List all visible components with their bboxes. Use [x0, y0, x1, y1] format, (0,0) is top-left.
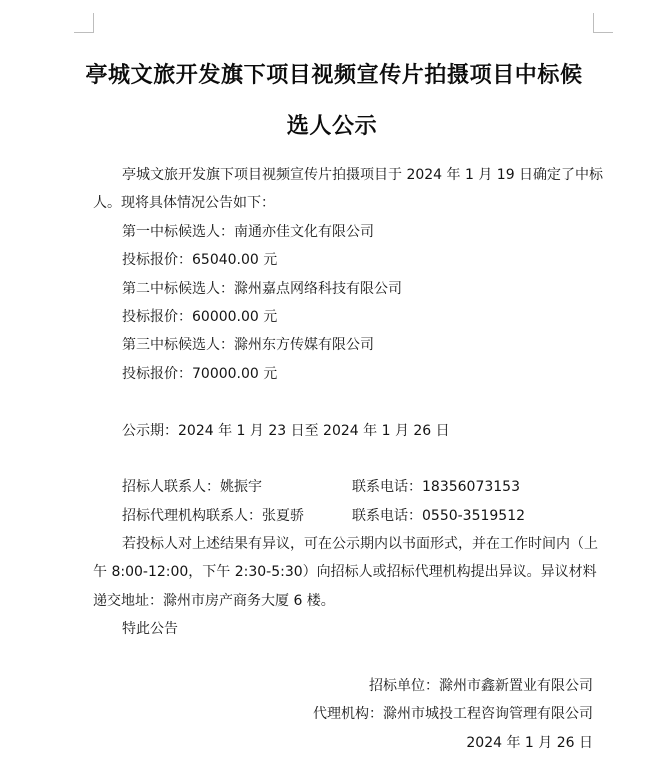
document-title-line-2: 选人公示	[0, 111, 664, 141]
candidate-1-name: 第一中标候选人：南通亦佳文化有限公司	[93, 218, 593, 246]
spacer	[93, 445, 593, 473]
document-title-line-1: 亭城文旅开发旗下项目视频宣传片拍摄项目中标候	[2, 60, 664, 90]
closing-statement: 特此公告	[93, 615, 593, 643]
objection-paragraph-line-3: 递交地址：滁州市房产商务大厦 6 楼。	[93, 587, 593, 615]
tenderer-contact-phone: 联系电话：18356073153	[352, 473, 520, 501]
candidate-2-price: 投标报价：60000.00 元	[93, 303, 593, 331]
spacer	[93, 644, 593, 672]
tenderer-contact-row: 招标人联系人：姚振宇 联系电话：18356073153	[93, 473, 593, 501]
spacer	[93, 388, 593, 416]
agency-contact-row: 招标代理机构联系人：张夏骄 联系电话：0550-3519512	[93, 502, 593, 530]
signature-agency: 代理机构：滁州市城投工程咨询管理有限公司	[93, 700, 593, 728]
agency-contact-person: 招标代理机构联系人：张夏骄	[122, 508, 304, 524]
agency-contact-phone: 联系电话：0550-3519512	[352, 502, 525, 530]
candidate-3-price: 投标报价：70000.00 元	[93, 360, 593, 388]
tenderer-contact-person: 招标人联系人：姚振宇	[122, 479, 262, 495]
page-corner-mark-top-left	[74, 13, 94, 33]
objection-paragraph-line-1: 若投标人对上述结果有异议，可在公示期内以书面形式，并在工作时间内（上	[93, 530, 593, 558]
intro-paragraph-line-1: 亭城文旅开发旗下项目视频宣传片拍摄项目于 2024 年 1 月 19 日确定了中…	[93, 161, 593, 189]
page-corner-mark-top-right	[593, 13, 613, 33]
document-body: 亭城文旅开发旗下项目视频宣传片拍摄项目于 2024 年 1 月 19 日确定了中…	[93, 161, 593, 757]
candidate-1-price: 投标报价：65040.00 元	[93, 246, 593, 274]
signature-tenderer: 招标单位：滁州市鑫新置业有限公司	[93, 672, 593, 700]
notice-period: 公示期：2024 年 1 月 23 日至 2024 年 1 月 26 日	[93, 417, 593, 445]
candidate-3-name: 第三中标候选人：滁州东方传媒有限公司	[93, 331, 593, 359]
objection-paragraph-line-2: 午 8:00-12:00，下午 2:30-5:30）向招标人或招标代理机构提出异…	[93, 558, 593, 586]
intro-paragraph-line-2: 人。现将具体情况公告如下：	[93, 189, 593, 217]
signature-date: 2024 年 1 月 26 日	[93, 729, 593, 757]
candidate-2-name: 第二中标候选人：滁州嘉点网络科技有限公司	[93, 275, 593, 303]
